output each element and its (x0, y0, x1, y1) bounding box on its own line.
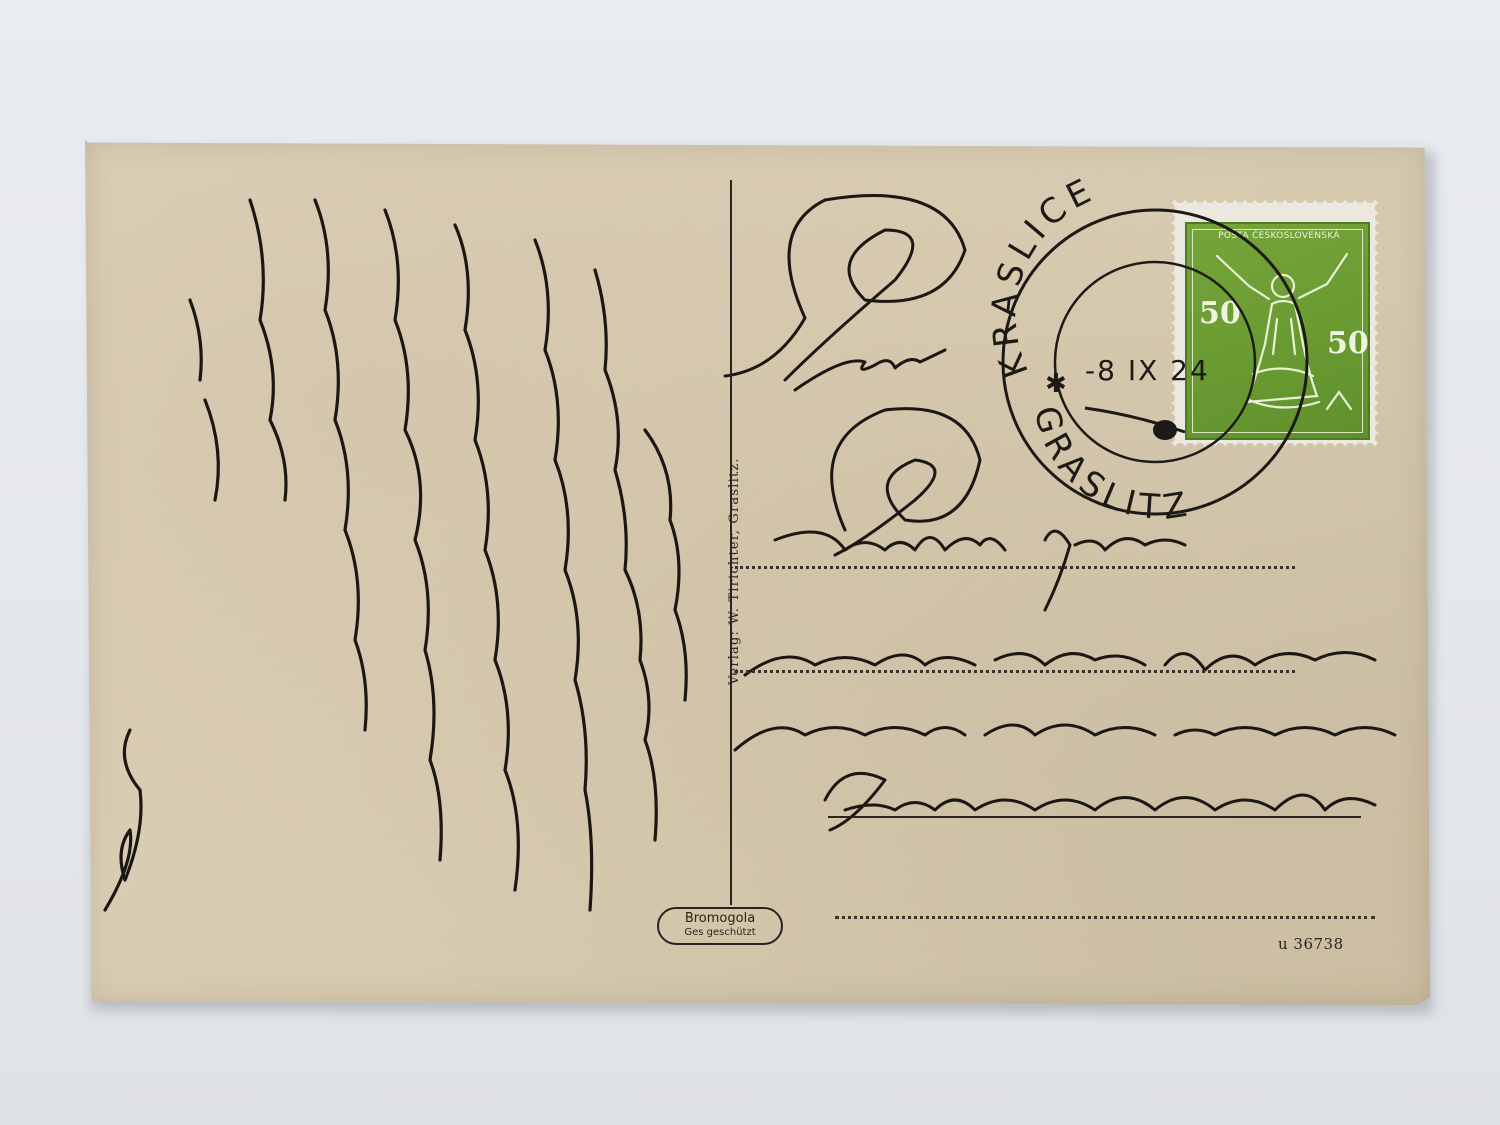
handwritten-message (105, 200, 686, 910)
postmark: KRASLICE GRASLITZ ✱ -8 IX 24 (984, 169, 1307, 528)
publisher-imprint: Verlag: W. Tirichter, Graslitz. (727, 457, 742, 685)
postcard: POŠTA ČESKOSLOVENSKÁ 50 50 (85, 140, 1430, 1005)
paper-brand-logo: Bromogola Ges geschützt (657, 907, 783, 945)
svg-text:GRASLITZ: GRASLITZ (1025, 402, 1195, 528)
paper-brand-name: Bromogola (659, 912, 781, 926)
address-line-1 (735, 566, 1295, 569)
handwritten-address (725, 196, 1395, 830)
address-line-4 (835, 916, 1375, 919)
address-line-2 (735, 670, 1295, 673)
postmark-star-icon: ✱ (1045, 369, 1067, 399)
card-ink-layer: KRASLICE GRASLITZ ✱ -8 IX 24 (85, 140, 1430, 1005)
paper-brand-note: Ges geschützt (659, 926, 781, 940)
postmark-bottom-text: GRASLITZ (1025, 402, 1195, 528)
serial-number: u 36738 (1278, 935, 1344, 953)
postmark-date: -8 IX 24 (1085, 354, 1210, 387)
address-line-3 (828, 816, 1361, 818)
